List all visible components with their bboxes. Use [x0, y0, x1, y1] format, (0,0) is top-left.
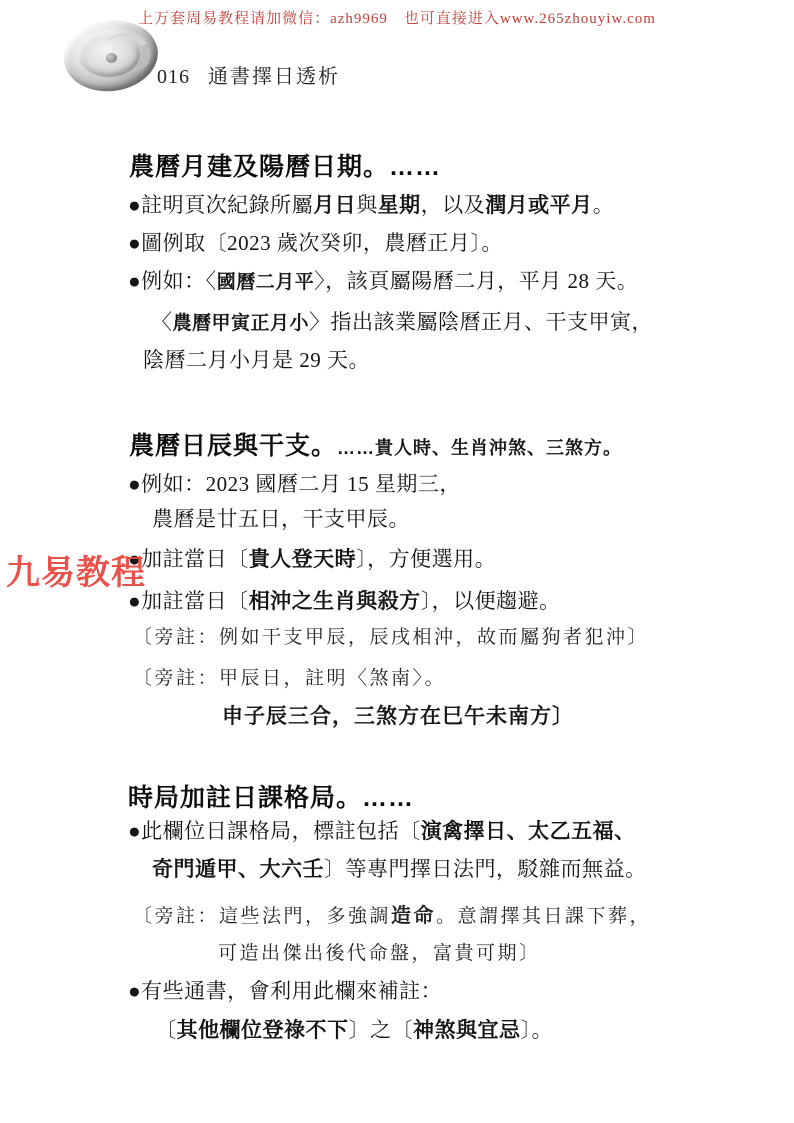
section-2-side-note-2: 〔旁註：甲辰日，註明〈煞南〉。 — [133, 663, 446, 690]
section-3-side-note-1-cont: 可造出傑出後代命盤，富貴可期〕 — [218, 938, 541, 965]
section-3-bullet-1: ●此欄位日課格局，標註包括〔演禽擇日、太乙五福、 — [128, 815, 636, 845]
section-1-bullet-3: ●例如：〈國曆二月平〉，該頁屬陽曆二月，平月 28 天。 — [128, 265, 638, 295]
section-1-bullet-3-cont-2: 陰曆二月小月是 29 天。 — [143, 344, 370, 374]
book-title: 通書擇日透析 — [208, 66, 340, 88]
section-1-bullet-2: ●圖例取〔2023 歲次癸卯，農曆正月〕。 — [128, 227, 503, 257]
section-2-heading-sub: ……貴人時、生肖沖煞、三煞方。 — [337, 438, 622, 458]
book-page: 上万套周易教程请加微信：azh9969 也可直接进入www.265zhouyiw… — [0, 0, 794, 1123]
publisher-seal-logo — [64, 21, 158, 91]
section-3-bullet-2: ●有些通書，會利用此欄來補註： — [128, 975, 442, 1005]
section-3-bullet-2-cont: 〔其他欄位登祿不下〕之〔神煞與宜忌〕。 — [155, 1014, 553, 1044]
section-2-side-note-2-cont: 申子辰三合，三煞方在巳午未南方〕 — [222, 700, 574, 730]
seal-center-dot — [106, 53, 117, 63]
section-2-heading: 農曆日辰與干支。……貴人時、生肖沖煞、三煞方。 — [129, 426, 622, 462]
section-2-bullet-3: ●加註當日〔相沖之生肖與殺方〕，以便趨避。 — [128, 585, 561, 615]
section-2-bullet-1-cont: 農曆是廿五日，干支甲辰。 — [152, 503, 410, 533]
section-2-side-note-1: 〔旁註：例如干支甲辰，辰戌相沖，故而屬狗者犯沖〕 — [133, 622, 649, 649]
page-header: 016通書擇日透析 — [157, 60, 340, 89]
section-1-bullet-3-cont-1: 〈農曆甲寅正月小〉指出該業屬陰曆正月、干支甲寅， — [151, 306, 653, 336]
section-2-bullet-1: ●例如：2023 國曆二月 15 星期三， — [128, 468, 461, 498]
section-3-side-note-1: 〔旁註：這些法門，多強調造命。意謂擇其日課下葬， — [133, 899, 651, 928]
section-1-heading: 農曆月建及陽曆日期。…… — [129, 147, 441, 183]
section-3-bullet-1-cont: 奇門遁甲、大六壬〕等專門擇日法門，駁雜而無益。 — [152, 853, 647, 883]
page-number: 016 — [157, 66, 190, 88]
section-1-bullet-1: ●註明頁次紀錄所屬月日與星期，以及潤月或平月。 — [128, 189, 614, 219]
section-3-heading: 時局加註日課格局。…… — [128, 778, 414, 814]
section-2-heading-main: 農曆日辰與干支。 — [129, 432, 337, 460]
section-2-bullet-2: ●加註當日〔貴人登天時〕，方便選用。 — [128, 543, 496, 573]
watermark: 九易教程 — [6, 545, 146, 594]
